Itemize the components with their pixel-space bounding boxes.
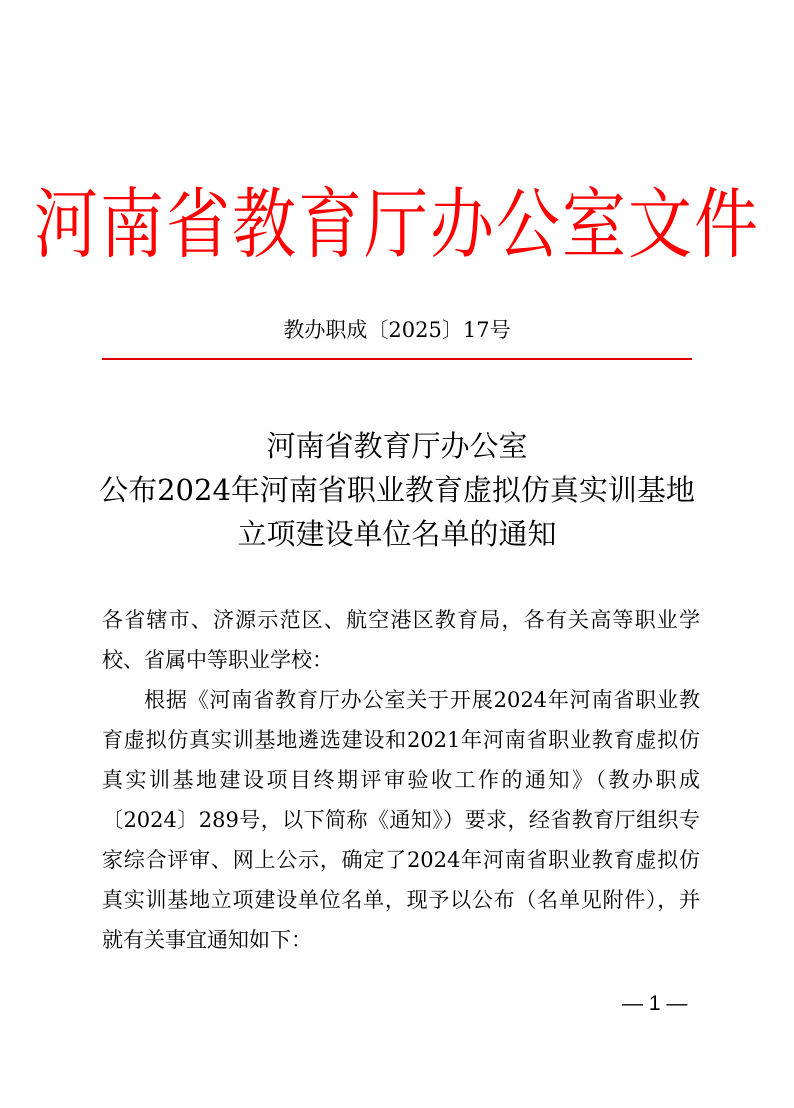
document-number: 教办职成〔2025〕17号 [0,316,794,344]
title-line-3: 立项建设单位名单的通知 [0,512,794,556]
document-title: 河南省教育厅办公室 公布2024年河南省职业教育虚拟仿真实训基地 立项建设单位名… [0,424,794,556]
document-masthead: 河南省教育厅办公室文件 [0,178,794,274]
red-divider-line [102,358,692,360]
document-body: 各省辖市、济源示范区、航空港区教育局，各有关高等职业学校、省属中等职业学校： 根… [102,600,700,960]
title-line-1: 河南省教育厅办公室 [0,424,794,468]
body-paragraph: 根据《河南省教育厅办公室关于开展2024年河南省职业教育虚拟仿真实训基地遴选建设… [102,680,700,960]
page-number: — 1 — [622,990,687,1018]
title-line-2: 公布2024年河南省职业教育虚拟仿真实训基地 [0,468,794,512]
salutation: 各省辖市、济源示范区、航空港区教育局，各有关高等职业学校、省属中等职业学校： [102,600,700,680]
